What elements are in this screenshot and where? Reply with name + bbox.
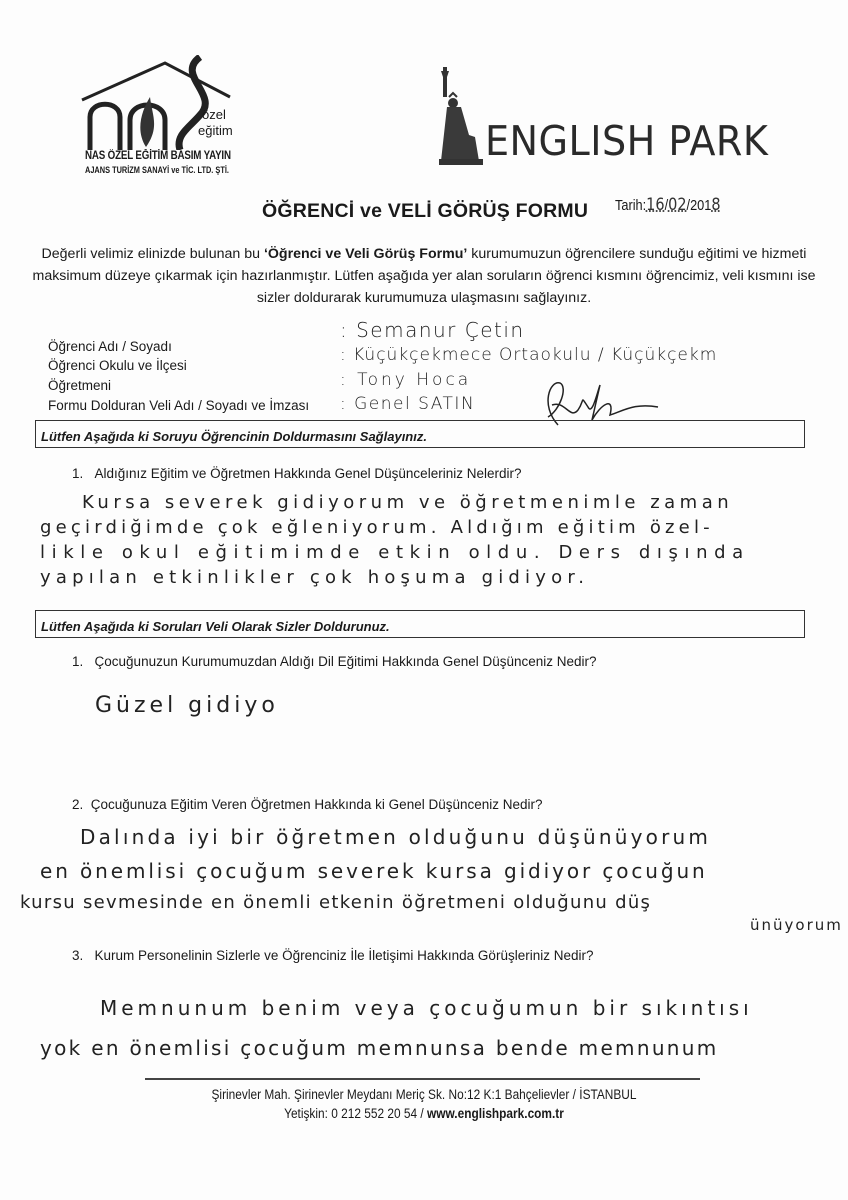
student-name-field[interactable]: : Semanur Çetin [340,318,525,342]
nas-logo: özel eğitim NAS ÖZEL EĞİTİM BASIM YAYIN … [80,55,255,175]
student-school-field[interactable]: : Küçükçekmece Ortaokulu / Küçükçekm [340,345,717,365]
teacher-field[interactable]: : Tony Hoca [340,370,471,390]
answer-line: geçirdiğimde çok eğleniyorum. Aldığım eğ… [40,515,750,540]
question-number: 1. [72,654,83,669]
date-year-suffix[interactable]: 8 [711,195,720,215]
answer-line: yok en önemlisi çocuğum memnunsa bende m… [40,1028,753,1068]
answer-line: Kursa severek gidiyorum ve öğretmenimle … [82,490,750,515]
english-park-logo: ENGLISH PARK [430,65,830,165]
student-name-label: Öğrenci Adı / Soyadı [48,339,172,354]
date-label: Tarih: [615,197,646,214]
english-park-wordmark: ENGLISH PARK [485,117,768,165]
question-text: Çocuğunuza Eğitim Veren Öğretmen Hakkınd… [91,797,543,812]
date-year-prefix: 201 [690,197,711,214]
answer-line: ünüyorum [750,918,843,932]
form-title: ÖĞRENCİ ve VELİ GÖRÜŞ FORMU [262,200,588,223]
parent-question-3: 3. Kurum Personelinin Sizlerle ve Öğrenc… [72,948,593,963]
date-day[interactable]: 16 [646,195,664,215]
statue-of-liberty-icon [435,65,485,167]
answer-line: kursu sevmesinde en önemli etkenin öğret… [20,888,843,918]
nas-company-sub: AJANS TURİZM SANAYİ ve TİC. LTD. ŞTİ. [85,165,229,175]
teacher-label: Öğretmeni [48,378,111,393]
form-date: Tarih:16/02/2018 [615,195,721,215]
footer-contact: Yetişkin: 0 212 552 20 54 / www.englishp… [51,1106,797,1121]
footer-address: Şirinevler Mah. Şirinevler Meydanı Meriç… [51,1087,797,1102]
question-text: Aldığınız Eğitim ve Öğretmen Hakkında Ge… [95,466,522,481]
student-question-1: 1. Aldığınız Eğitim ve Öğretmen Hakkında… [72,466,521,481]
intro-paragraph: Değerli velimiz elinizde bulunan bu ‘Öğr… [30,243,818,309]
footer-website-link[interactable]: www.englishpark.com.tr [427,1106,564,1121]
nas-tagline-2: eğitim [198,123,233,138]
footer-phone: Yetişkin: 0 212 552 20 54 / [284,1106,427,1121]
nas-company-name: NAS ÖZEL EĞİTİM BASIM YAYIN [85,150,231,162]
answer-line: en önemlisi çocuğum severek kursa gidiyo… [40,854,843,888]
intro-text-1: Değerli velimiz elinizde bulunan bu [42,246,264,262]
student-answer-1[interactable]: Kursa severek gidiyorum ve öğretmenimle … [40,490,750,590]
answer-line: likle okul eğitimimde etkin oldu. Ders d… [40,540,750,565]
answer-line: Dalında iyi bir öğretmen olduğunu düşünü… [80,820,843,854]
question-number: 1. [72,466,83,481]
intro-form-name: ‘Öğrenci ve Veli Görüş Formu’ [264,246,467,262]
question-text: Kurum Personelinin Sizlerle ve Öğrencini… [95,948,594,963]
parent-name-label: Formu Dolduran Veli Adı / Soyadı ve İmza… [48,398,309,413]
question-text: Çocuğunuzun Kurumumuzdan Aldığı Dil Eğit… [95,654,597,669]
answer-line: Memnunum benim veya çocuğumun bir sıkınt… [100,988,753,1028]
parent-answer-2[interactable]: Dalında iyi bir öğretmen olduğunu düşünü… [40,820,843,932]
parent-name-field[interactable]: : Genel SATIN [340,394,475,414]
parent-answer-1[interactable]: Güzel gidiyo [95,693,279,718]
student-section-heading: Lütfen Aşağıda ki Soruyu Öğrencinin Dold… [35,420,805,448]
nas-tagline-1: özel [202,107,226,122]
question-number: 3. [72,948,83,963]
parent-question-2: 2. Çocuğunuza Eğitim Veren Öğretmen Hakk… [72,797,543,812]
question-number: 2. [72,797,83,812]
answer-line: yapılan etkinlikler çok hoşuma gidiyor. [40,565,750,590]
parent-section-heading: Lütfen Aşağıda ki Soruları Veli Olarak S… [35,610,805,638]
parent-answer-3[interactable]: Memnunum benim veya çocuğumun bir sıkınt… [40,988,753,1068]
student-school-label: Öğrenci Okulu ve İlçesi [48,358,187,373]
footer-divider [145,1078,700,1080]
date-month[interactable]: 02 [668,195,686,215]
parent-question-1: 1. Çocuğunuzun Kurumumuzdan Aldığı Dil E… [72,654,597,669]
